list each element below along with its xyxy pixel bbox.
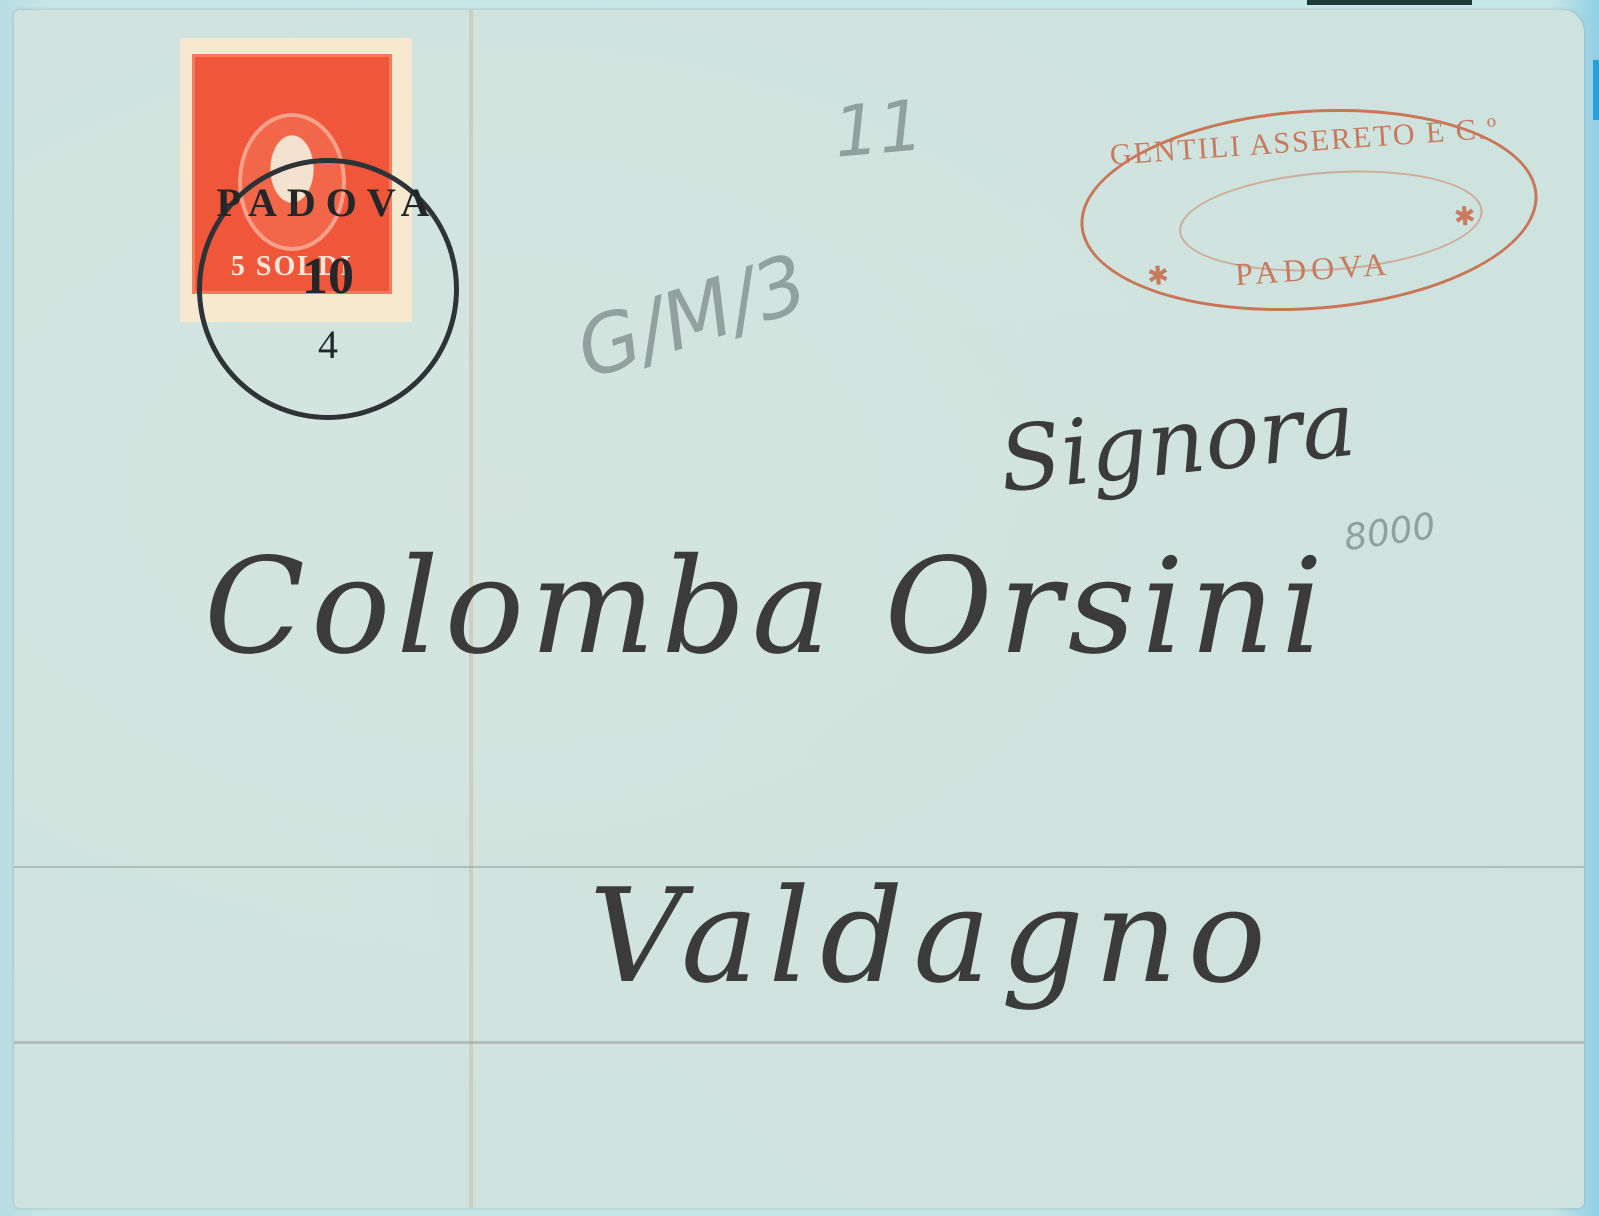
address-salutation: Signora [994, 372, 1360, 514]
pencil-note-center: G/M/3 [565, 236, 818, 397]
address-destination: Valdagno [589, 860, 1276, 1012]
pencil-note-top: 11 [831, 84, 927, 173]
postmark-city: PADOVA [202, 179, 454, 226]
horizontal-fold-lower [14, 1041, 1584, 1044]
address-recipient: Colomba Orsini [204, 530, 1329, 684]
scanner-edge-mark [1593, 60, 1599, 120]
postmark-cancel: PADOVA 10 4 [197, 158, 459, 420]
star-ornament-icon: ✱ [1453, 201, 1477, 232]
scanner-edge-tab [1307, 0, 1472, 5]
pencil-note-right: 8000 [1342, 506, 1438, 559]
postmark-month: 4 [202, 321, 454, 368]
firm-handstamp: GENTILI ASSERETO E C.º ✱ ✱ PADOVA [1074, 94, 1545, 325]
handstamp-firm: GENTILI ASSERETO E C.º [1078, 109, 1531, 174]
postmark-day: 10 [202, 247, 454, 306]
postal-cover: 11 G/M/3 8000 5 SOLDI PADOVA 10 4 GENTIL… [14, 10, 1584, 1208]
